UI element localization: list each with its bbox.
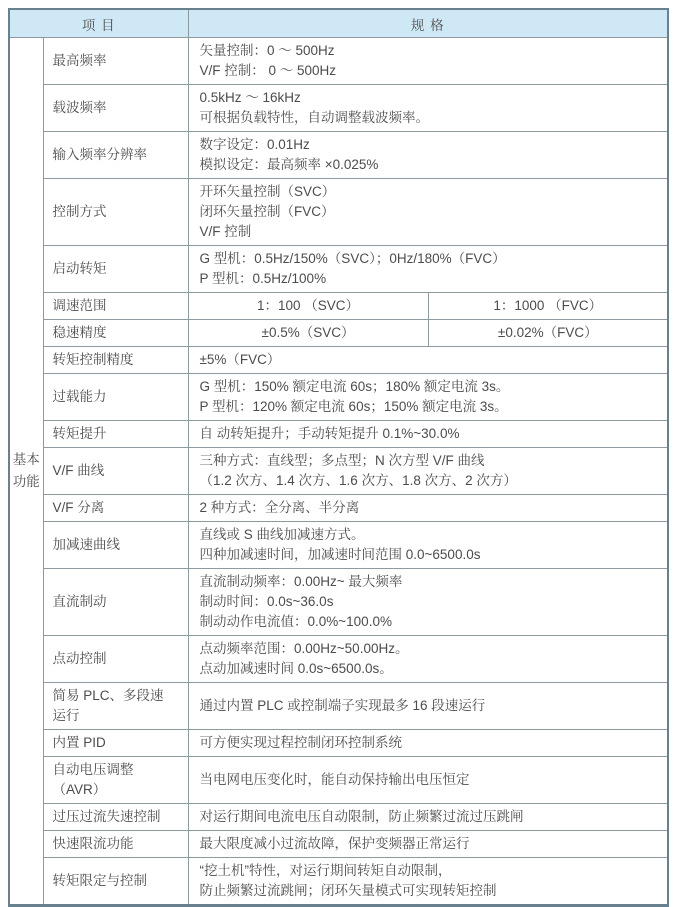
table-row: 转矩控制精度±5%（FVC） (9, 347, 668, 374)
spec-line: G 型机：0.5Hz/150%（SVC）；0Hz/180%（FVC） (200, 249, 662, 269)
group-label-basic-functions: 基本 功能 (9, 38, 43, 906)
spec-line: V/F 控制： 0 ～ 500Hz (200, 61, 662, 81)
page: 项 目 规 格 基本 功能最高频率矢量控制：0 ～ 500HzV/F 控制： 0… (0, 0, 675, 907)
spec-cell: G 型机：0.5Hz/150%（SVC）；0Hz/180%（FVC）P 型机：0… (188, 246, 668, 293)
spec-cell: 开环矢量控制（SVC）闭环矢量控制（FVC）V/F 控制 (188, 179, 668, 246)
row-label: 载波频率 (43, 85, 188, 132)
spec-cell: 数字设定：0.01Hz模拟设定：最高频率 ×0.025% (188, 132, 668, 179)
table-row: 载波频率0.5kHz ～ 16kHz可根据负载特性，自动调整载波频率。 (9, 85, 668, 132)
spec-table-body: 基本 功能最高频率矢量控制：0 ～ 500HzV/F 控制： 0 ～ 500Hz… (9, 38, 668, 906)
spec-cell: ±5%（FVC） (188, 347, 668, 374)
spec-cell: 直线或 S 曲线加减速方式。四种加减速时间，加减速时间范围 0.0~6500.0… (188, 522, 668, 569)
row-label: V/F 曲线 (43, 448, 188, 495)
spec-line: 直线或 S 曲线加减速方式。 (200, 525, 662, 545)
spec-line: 点动频率范围：0.00Hz~50.00Hz。 (200, 639, 662, 659)
spec-line: 可根据负载特性，自动调整载波频率。 (200, 108, 662, 128)
spec-cell: 1：1000 （FVC） (428, 293, 668, 320)
spec-line: 四种加减速时间，加减速时间范围 0.0~6500.0s (200, 545, 662, 565)
spec-line: V/F 控制 (200, 222, 662, 242)
row-label: 过压过流失速控制 (43, 804, 188, 831)
spec-line: 0.5kHz ～ 16kHz (200, 88, 662, 108)
spec-cell: 2 种方式：全分离、半分离 (188, 495, 668, 522)
table-row: 稳速精度±0.5%（SVC）±0.02%（FVC） (9, 320, 668, 347)
table-row: 调速范围1：100 （SVC）1：1000 （FVC） (9, 293, 668, 320)
spec-table: 项 目 规 格 基本 功能最高频率矢量控制：0 ～ 500HzV/F 控制： 0… (8, 8, 669, 907)
spec-line: 三种方式：直线型；多点型；N 次方型 V/F 曲线 (200, 451, 662, 471)
row-label: 快速限流功能 (43, 831, 188, 858)
spec-cell: 对运行期间电流电压自动限制，防止频繁过流过压跳闸 (188, 804, 668, 831)
header-row: 项 目 规 格 (9, 9, 668, 38)
table-row: 启动转矩G 型机：0.5Hz/150%（SVC）；0Hz/180%（FVC）P … (9, 246, 668, 293)
spec-line: 最大限度减小过流故障，保护变频器正常运行 (200, 834, 662, 854)
spec-cell: 矢量控制：0 ～ 500HzV/F 控制： 0 ～ 500Hz (188, 38, 668, 85)
table-row: 简易 PLC、多段速 运行通过内置 PLC 或控制端子实现最多 16 段速运行 (9, 683, 668, 730)
table-row: 加减速曲线直线或 S 曲线加减速方式。四种加减速时间，加减速时间范围 0.0~6… (9, 522, 668, 569)
table-row: 转矩提升自 动转矩提升；手动转矩提升 0.1%~30.0% (9, 421, 668, 448)
spec-line: 通过内置 PLC 或控制端子实现最多 16 段速运行 (200, 696, 662, 716)
table-row: 控制方式开环矢量控制（SVC）闭环矢量控制（FVC）V/F 控制 (9, 179, 668, 246)
row-label: 最高频率 (43, 38, 188, 85)
row-label: 点动控制 (43, 636, 188, 683)
spec-line: 点动加减速时间 0.0s~6500.0s。 (200, 659, 662, 679)
table-row: V/F 曲线三种方式：直线型；多点型；N 次方型 V/F 曲线（1.2 次方、1… (9, 448, 668, 495)
table-row: 转矩限定与控制“挖土机”特性，对运行期间转矩自动限制，防止频繁过流跳闸；闭环矢量… (9, 858, 668, 906)
row-label: 内置 PID (43, 730, 188, 757)
spec-cell: 三种方式：直线型；多点型；N 次方型 V/F 曲线（1.2 次方、1.4 次方、… (188, 448, 668, 495)
spec-line: P 型机：120% 额定电流 60s；150% 额定电流 3s。 (200, 397, 662, 417)
row-label: V/F 分离 (43, 495, 188, 522)
spec-cell: G 型机：150% 额定电流 60s；180% 额定电流 3s。P 型机：120… (188, 374, 668, 421)
spec-cell: 可方便实现过程控制闭环控制系统 (188, 730, 668, 757)
table-row: 点动控制点动频率范围：0.00Hz~50.00Hz。点动加减速时间 0.0s~6… (9, 636, 668, 683)
table-row: 过压过流失速控制对运行期间电流电压自动限制，防止频繁过流过压跳闸 (9, 804, 668, 831)
spec-cell: ±0.5%（SVC） (188, 320, 428, 347)
table-row: 基本 功能最高频率矢量控制：0 ～ 500HzV/F 控制： 0 ～ 500Hz (9, 38, 668, 85)
spec-cell: 当电网电压变化时，能自动保持输出电压恒定 (188, 757, 668, 804)
row-label: 转矩提升 (43, 421, 188, 448)
table-row: 内置 PID可方便实现过程控制闭环控制系统 (9, 730, 668, 757)
spec-line: （1.2 次方、1.4 次方、1.6 次方、1.8 次方、2 次方） (200, 471, 662, 491)
row-label: 输入频率分辨率 (43, 132, 188, 179)
table-row: 直流制动直流制动频率：0.00Hz~ 最大频率制动时间：0.0s~36.0s制动… (9, 569, 668, 636)
spec-cell: 0.5kHz ～ 16kHz可根据负载特性，自动调整载波频率。 (188, 85, 668, 132)
spec-line: 直流制动频率：0.00Hz~ 最大频率 (200, 572, 662, 592)
spec-line: 当电网电压变化时，能自动保持输出电压恒定 (200, 770, 662, 790)
spec-table-header: 项 目 规 格 (9, 9, 668, 38)
spec-line: 制动动作电流值：0.0%~100.0% (200, 612, 662, 632)
row-label: 控制方式 (43, 179, 188, 246)
table-row: 过载能力G 型机：150% 额定电流 60s；180% 额定电流 3s。P 型机… (9, 374, 668, 421)
spec-line: 可方便实现过程控制闭环控制系统 (200, 733, 662, 753)
spec-cell: “挖土机”特性，对运行期间转矩自动限制，防止频繁过流跳闸；闭环矢量模式可实现转矩… (188, 858, 668, 906)
spec-line: 对运行期间电流电压自动限制，防止频繁过流过压跳闸 (200, 807, 662, 827)
row-label: 启动转矩 (43, 246, 188, 293)
spec-line: 闭环矢量控制（FVC） (200, 202, 662, 222)
row-label: 简易 PLC、多段速 运行 (43, 683, 188, 730)
table-row: 自动电压调整 （AVR）当电网电压变化时，能自动保持输出电压恒定 (9, 757, 668, 804)
spec-cell: 最大限度减小过流故障，保护变频器正常运行 (188, 831, 668, 858)
spec-line: G 型机：150% 额定电流 60s；180% 额定电流 3s。 (200, 377, 662, 397)
spec-cell: 1：100 （SVC） (188, 293, 428, 320)
row-label: 转矩限定与控制 (43, 858, 188, 906)
col-header-spec: 规 格 (188, 9, 668, 38)
col-header-item: 项 目 (9, 9, 188, 38)
spec-line: “挖土机”特性，对运行期间转矩自动限制， (200, 861, 662, 881)
spec-line: 开环矢量控制（SVC） (200, 182, 662, 202)
spec-line: 模拟设定：最高频率 ×0.025% (200, 155, 662, 175)
spec-cell: 直流制动频率：0.00Hz~ 最大频率制动时间：0.0s~36.0s制动动作电流… (188, 569, 668, 636)
row-label: 自动电压调整 （AVR） (43, 757, 188, 804)
spec-cell: 点动频率范围：0.00Hz~50.00Hz。点动加减速时间 0.0s~6500.… (188, 636, 668, 683)
table-row: 输入频率分辨率数字设定：0.01Hz模拟设定：最高频率 ×0.025% (9, 132, 668, 179)
spec-line: 数字设定：0.01Hz (200, 135, 662, 155)
row-label: 转矩控制精度 (43, 347, 188, 374)
table-row: V/F 分离2 种方式：全分离、半分离 (9, 495, 668, 522)
row-label: 稳速精度 (43, 320, 188, 347)
spec-line: 2 种方式：全分离、半分离 (200, 498, 662, 518)
spec-cell: ±0.02%（FVC） (428, 320, 668, 347)
spec-line: 矢量控制：0 ～ 500Hz (200, 41, 662, 61)
spec-line: 防止频繁过流跳闸；闭环矢量模式可实现转矩控制 (200, 881, 662, 901)
row-label: 调速范围 (43, 293, 188, 320)
spec-line: 自 动转矩提升；手动转矩提升 0.1%~30.0% (200, 424, 662, 444)
row-label: 加减速曲线 (43, 522, 188, 569)
spec-cell: 自 动转矩提升；手动转矩提升 0.1%~30.0% (188, 421, 668, 448)
spec-line: 制动时间：0.0s~36.0s (200, 592, 662, 612)
spec-line: ±5%（FVC） (200, 350, 662, 370)
table-row: 快速限流功能最大限度减小过流故障，保护变频器正常运行 (9, 831, 668, 858)
row-label: 过载能力 (43, 374, 188, 421)
row-label: 直流制动 (43, 569, 188, 636)
spec-cell: 通过内置 PLC 或控制端子实现最多 16 段速运行 (188, 683, 668, 730)
spec-line: P 型机：0.5Hz/100% (200, 269, 662, 289)
